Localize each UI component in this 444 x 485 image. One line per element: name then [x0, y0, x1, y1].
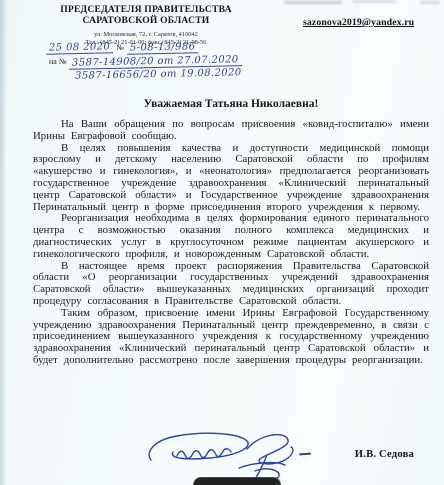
reference-block: 25 08 2020 № 5-08-13/986 на № 3587-14908…: [46, 42, 306, 80]
letter-page: ПРЕДСЕДАТЕЛЯ ПРАВИТЕЛЬСТВА САРАТОВСКОЙ О…: [0, 0, 444, 485]
letter-body: Уважаемая Татьяна Николаевна! На Ваши об…: [33, 98, 429, 367]
paragraph: На Ваши обращения по вопросам присвоения…: [33, 119, 429, 143]
number-sign: №: [113, 43, 127, 52]
outgoing-number-handwritten: 5-08-13/986: [127, 41, 199, 54]
letterhead: ПРЕДСЕДАТЕЛЯ ПРАВИТЕЛЬСТВА САРАТОВСКОЙ О…: [28, 4, 264, 46]
letterhead-org-line2: САРАТОВСКОЙ ОБЛАСТИ: [28, 15, 264, 26]
scan-artifact: [352, 0, 396, 3]
in-reply-label: на №: [46, 57, 69, 66]
bottom-stamp: [193, 477, 281, 485]
reference-inreply-row2: 3587-16656/20 от 19.08.2020: [72, 69, 306, 80]
email-address: sazonova2019@yandex.ru: [303, 17, 439, 28]
in-reply-ref-2-handwritten: 3587-16656/20 от 19.08.2020: [72, 67, 245, 82]
reference-inreply-row1: на № 3587-14908/20 от 27.07.2020: [46, 56, 306, 68]
greeting: Уважаемая Татьяна Николаевна!: [33, 98, 429, 110]
letterhead-address: ул. Московская, 72, г. Саратов, 410042: [28, 31, 264, 39]
paragraph: В целях повышения качества и доступности…: [33, 143, 429, 214]
outgoing-date-handwritten: 25 08 2020: [46, 41, 114, 54]
scan-artifact: [420, 1, 440, 4]
letterhead-org-line1: ПРЕДСЕДАТЕЛЯ ПРАВИТЕЛЬСТВА: [28, 4, 264, 15]
paragraph: Таким образом, присвоение имени Ирины Ев…: [33, 308, 429, 367]
scan-artifact: [284, 1, 342, 4]
paragraph: Реорганизация необходима в целях формиро…: [33, 213, 429, 260]
paragraph: В настоящее время проект распоряжения Пр…: [33, 261, 429, 308]
signer-name: И.В. Седова: [355, 449, 414, 460]
reference-outgoing-row: 25 08 2020 № 5-08-13/986: [46, 42, 306, 54]
